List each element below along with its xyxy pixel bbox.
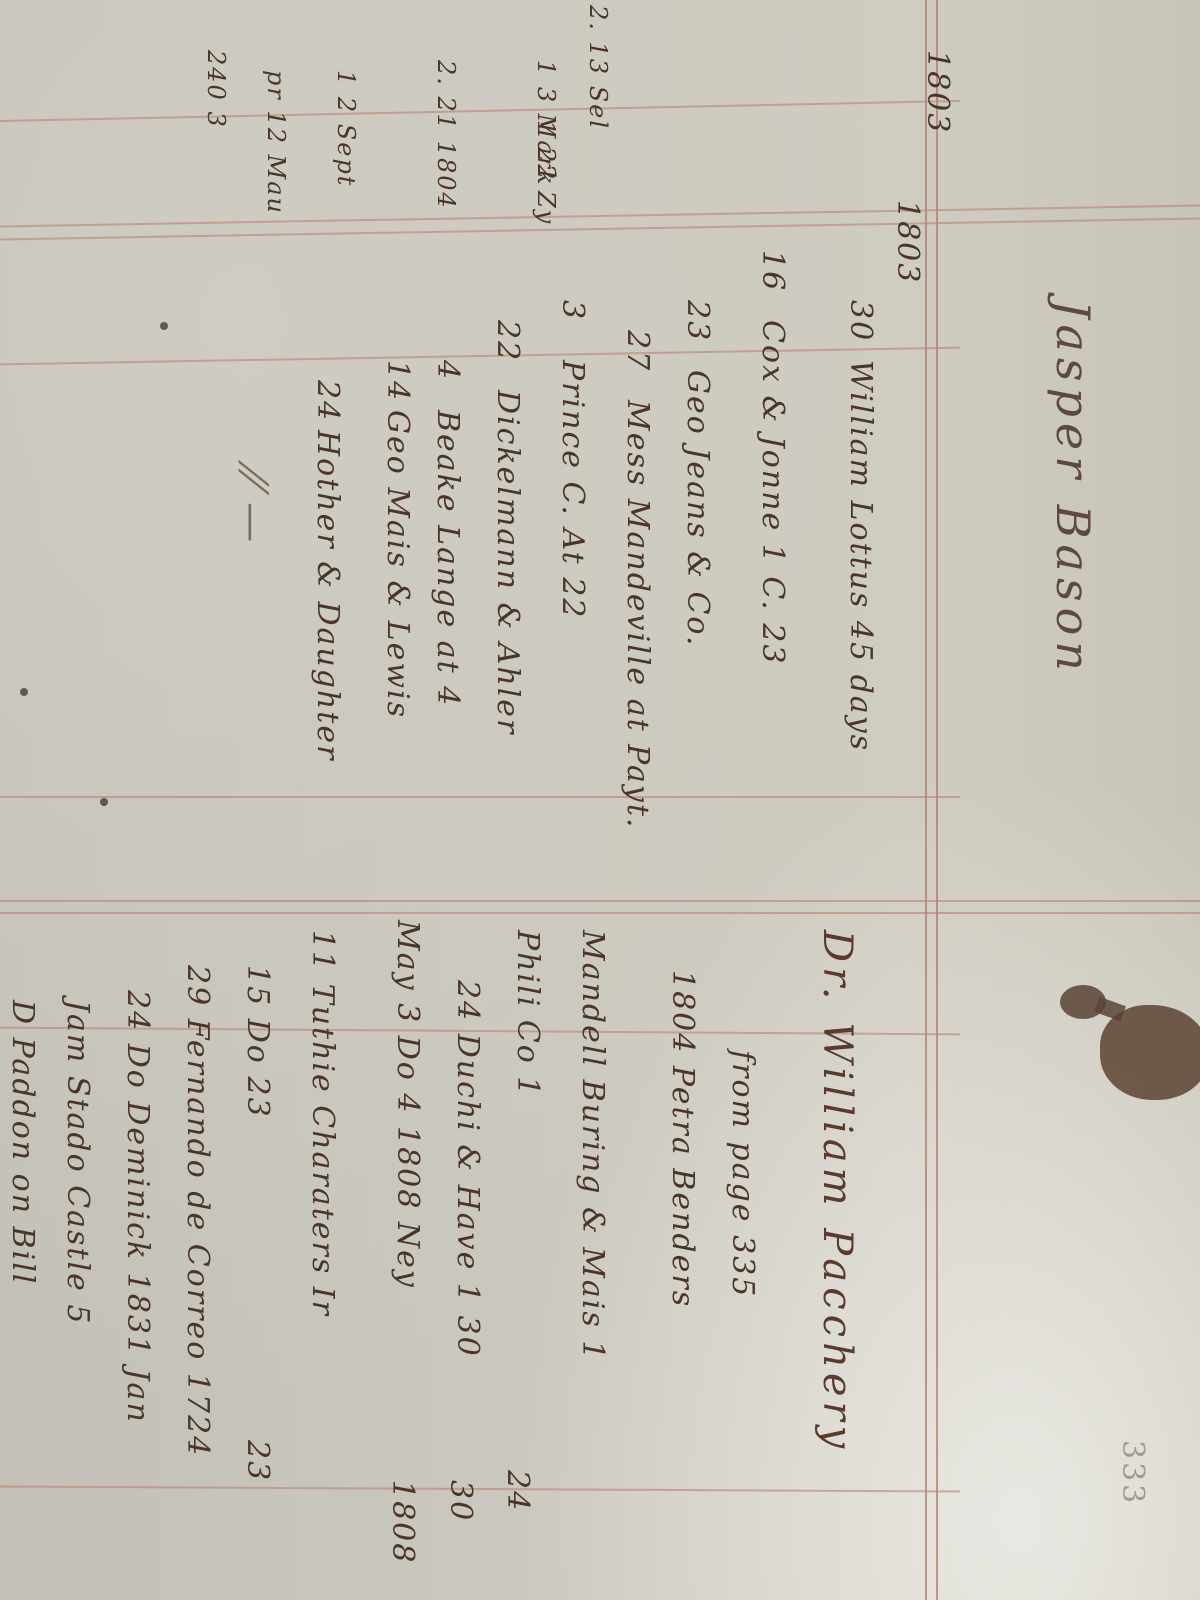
account-name: Dr. William Pacchery xyxy=(814,930,860,1453)
ledger-entry: 24 Duchi & Have 1 30 xyxy=(450,980,485,1358)
ink-speck xyxy=(20,688,28,696)
ledger-entry-date: 14 xyxy=(380,360,415,402)
ledger-entry: Dickelmann & Ahler xyxy=(490,390,525,735)
ledger-entry-date: 16 xyxy=(755,250,790,292)
year-label: 1803 xyxy=(920,50,955,134)
ledger-entry-date: 30 xyxy=(843,300,878,342)
ledger-fragment: 1 2 Sept xyxy=(332,70,360,187)
ledger-page: Jasper Bason 1803 1803 30 William Lottus… xyxy=(0,0,1200,1600)
ledger-entry-date: 4 xyxy=(430,360,465,381)
ledger-entry-date: 23 xyxy=(680,300,715,342)
ledger-fragment: pr 12 Mau xyxy=(262,70,290,215)
ledger-entry: 1804 Petra Benders xyxy=(665,970,700,1308)
ink-speck xyxy=(100,798,108,806)
ledger-fragment: 2. 13 Sel xyxy=(584,5,612,130)
ruling-line-horizontal xyxy=(0,900,1200,902)
ledger-entry: D Paddon on Bill xyxy=(5,1000,40,1285)
ledger-entry: 15 Do 23 xyxy=(240,965,275,1119)
ledger-entry: Beake Lange at 4 xyxy=(430,410,465,707)
ruling-line-horizontal xyxy=(0,1485,960,1492)
ledger-entry: Mandell Buring & Mais 1 xyxy=(575,930,610,1361)
ledger-entry: Phili Co 1 xyxy=(510,930,545,1097)
ruling-line-horizontal xyxy=(0,100,960,122)
amount: 23 xyxy=(240,1440,275,1482)
ledger-entry: from page 335 xyxy=(725,1050,760,1298)
ledger-entry: Geo Jeans & Co. xyxy=(680,370,715,648)
ledger-entry: 24 Do Deminick 1831 Jan xyxy=(120,990,155,1424)
ledger-entry-date: 3 xyxy=(555,300,590,321)
ledger-entry: Cox & Jonne 1 C. 23 xyxy=(755,320,790,666)
ruling-line-horizontal xyxy=(0,912,1200,914)
ruling-line-horizontal xyxy=(0,347,960,366)
ledger-fragment: 240 3 xyxy=(202,50,230,129)
ledger-entry: Geo Mais & Lewis xyxy=(380,410,415,719)
ruling-line-horizontal xyxy=(0,796,960,798)
ledger-entry-date: 22 xyxy=(490,320,525,362)
amount: 24 xyxy=(500,1470,535,1512)
year-label: 1803 xyxy=(890,200,925,284)
ink-speck xyxy=(160,322,168,330)
ruling-line-vertical xyxy=(925,0,927,1600)
account-name-heading: Jasper Bason xyxy=(1046,300,1100,677)
ledger-entry: 11 Tuthie Charaters Ir xyxy=(305,930,340,1317)
ledger-entry: Jam Stado Castle 5 xyxy=(60,1000,95,1325)
ledger-entry: 29 Fernando de Correo 1724 xyxy=(180,965,215,1457)
ruling-line-vertical xyxy=(936,0,938,1600)
ledger-entry: Hother & Daughter xyxy=(310,430,345,761)
closing-flourish: ⁄⁄ — xyxy=(229,470,275,544)
ledger-entry-date: 24 xyxy=(310,380,345,422)
ruling-line-horizontal xyxy=(0,205,1200,228)
ledger-fragment: 2. 21 1804 xyxy=(432,60,460,210)
ledger-entry: May 3 Do 4 1808 Ney xyxy=(390,920,425,1289)
ledger-entry: Prince C. At 22 xyxy=(555,360,590,619)
page-number: 333 xyxy=(1115,1440,1150,1506)
amount: 1808 xyxy=(385,1480,420,1564)
amount: 30 xyxy=(443,1480,478,1522)
ledger-entry: William Lottus 45 days xyxy=(843,360,878,752)
ruling-line-horizontal xyxy=(0,218,1200,241)
ledger-entry-date: 27 xyxy=(620,330,655,372)
ledger-fragment: 1 3 Mark xyxy=(532,60,560,187)
ledger-entry: Mess Mandeville at Payt. xyxy=(620,400,655,829)
ink-stain xyxy=(1060,985,1200,1105)
